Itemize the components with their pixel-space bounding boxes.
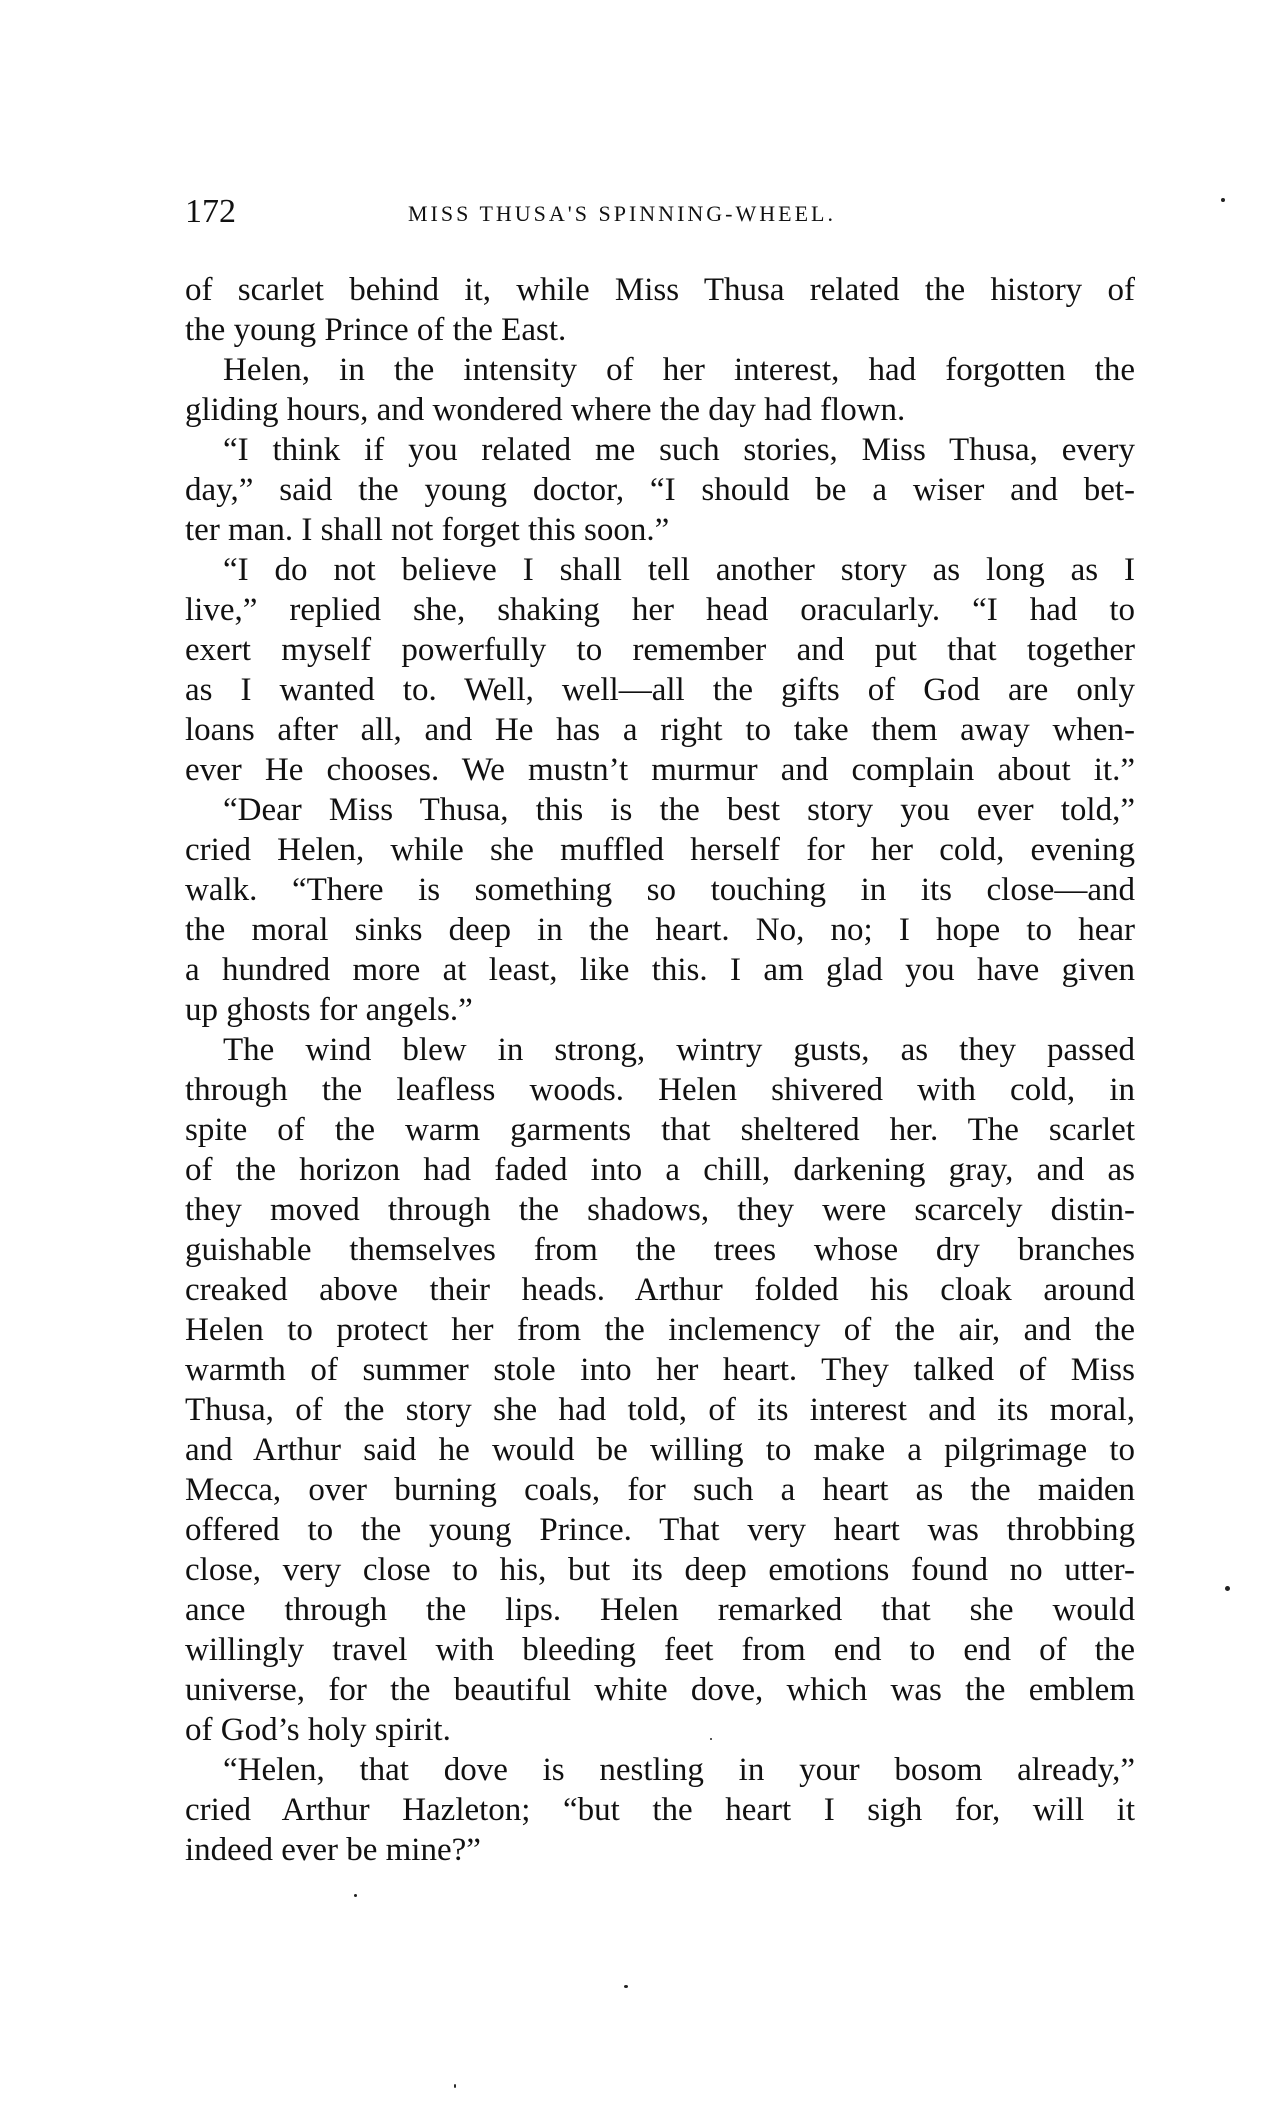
text-line: the young Prince of the East. bbox=[185, 310, 1135, 350]
running-title: MISS THUSA'S SPINNING-WHEEL. bbox=[408, 194, 836, 234]
print-speck bbox=[1221, 198, 1225, 202]
text-line: through the leafless woods. Helen shiver… bbox=[185, 1070, 1135, 1110]
text-line: ance through the lips. Helen remarked th… bbox=[185, 1590, 1135, 1630]
text-line: offered to the young Prince. That very h… bbox=[185, 1510, 1135, 1550]
text-line: creaked above their heads. Arthur folded… bbox=[185, 1270, 1135, 1310]
body-text: of scarlet behind it, while Miss Thusa r… bbox=[185, 270, 1135, 1870]
text-line: The wind blew in strong, wintry gusts, a… bbox=[185, 1030, 1135, 1070]
text-line: Mecca, over burning coals, for such a he… bbox=[185, 1470, 1135, 1510]
text-line: ter man. I shall not forget this soon.” bbox=[185, 510, 1135, 550]
text-line: exert myself powerfully to remember and … bbox=[185, 630, 1135, 670]
text-line: Thusa, of the story she had told, of its… bbox=[185, 1390, 1135, 1430]
text-line: “I think if you related me such stories,… bbox=[185, 430, 1135, 470]
print-speck bbox=[624, 1985, 628, 1988]
text-line: universe, for the beautiful white dove, … bbox=[185, 1670, 1135, 1710]
text-line: the moral sinks deep in the heart. No, n… bbox=[185, 910, 1135, 950]
print-speck bbox=[454, 2084, 456, 2088]
text-line: “Helen, that dove is nestling in your bo… bbox=[185, 1750, 1135, 1790]
print-speck bbox=[354, 1894, 357, 1897]
text-line: spite of the warm garments that sheltere… bbox=[185, 1110, 1135, 1150]
text-line: cried Helen, while she muffled herself f… bbox=[185, 830, 1135, 870]
text-line: Helen to protect her from the inclemency… bbox=[185, 1310, 1135, 1350]
text-line: of the horizon had faded into a chill, d… bbox=[185, 1150, 1135, 1190]
text-line: day,” said the young doctor, “I should b… bbox=[185, 470, 1135, 510]
text-line: a hundred more at least, like this. I am… bbox=[185, 950, 1135, 990]
text-line: indeed ever be mine?” bbox=[185, 1830, 1135, 1870]
text-line: warmth of summer stole into her heart. T… bbox=[185, 1350, 1135, 1390]
text-line: and Arthur said he would be willing to m… bbox=[185, 1430, 1135, 1470]
text-line: “I do not believe I shall tell another s… bbox=[185, 550, 1135, 590]
page-number: 172 bbox=[185, 190, 236, 234]
text-line: “Dear Miss Thusa, this is the best story… bbox=[185, 790, 1135, 830]
text-line: up ghosts for angels.” bbox=[185, 990, 1135, 1030]
text-line: ever He chooses. We mustn’t murmur and c… bbox=[185, 750, 1135, 790]
text-line: as I wanted to. Well, well—all the gifts… bbox=[185, 670, 1135, 710]
text-line: loans after all, and He has a right to t… bbox=[185, 710, 1135, 750]
text-line: of scarlet behind it, while Miss Thusa r… bbox=[185, 270, 1135, 310]
text-line: of God’s holy spirit. bbox=[185, 1710, 1135, 1750]
text-line: walk. “There is something so touching in… bbox=[185, 870, 1135, 910]
text-line: live,” replied she, shaking her head ora… bbox=[185, 590, 1135, 630]
text-line: guishable themselves from the trees whos… bbox=[185, 1230, 1135, 1270]
text-line: close, very close to his, but its deep e… bbox=[185, 1550, 1135, 1590]
print-speck bbox=[1225, 1586, 1230, 1591]
book-page: 172 MISS THUSA'S SPINNING-WHEEL. of scar… bbox=[0, 0, 1270, 2114]
text-line: willingly travel with bleeding feet from… bbox=[185, 1630, 1135, 1670]
text-line: gliding hours, and wondered where the da… bbox=[185, 390, 1135, 430]
text-line: they moved through the shadows, they wer… bbox=[185, 1190, 1135, 1230]
print-speck bbox=[710, 1738, 712, 1740]
running-head: 172 MISS THUSA'S SPINNING-WHEEL. bbox=[185, 190, 1135, 234]
text-line: cried Arthur Hazleton; “but the heart I … bbox=[185, 1790, 1135, 1830]
text-line: Helen, in the intensity of her interest,… bbox=[185, 350, 1135, 390]
